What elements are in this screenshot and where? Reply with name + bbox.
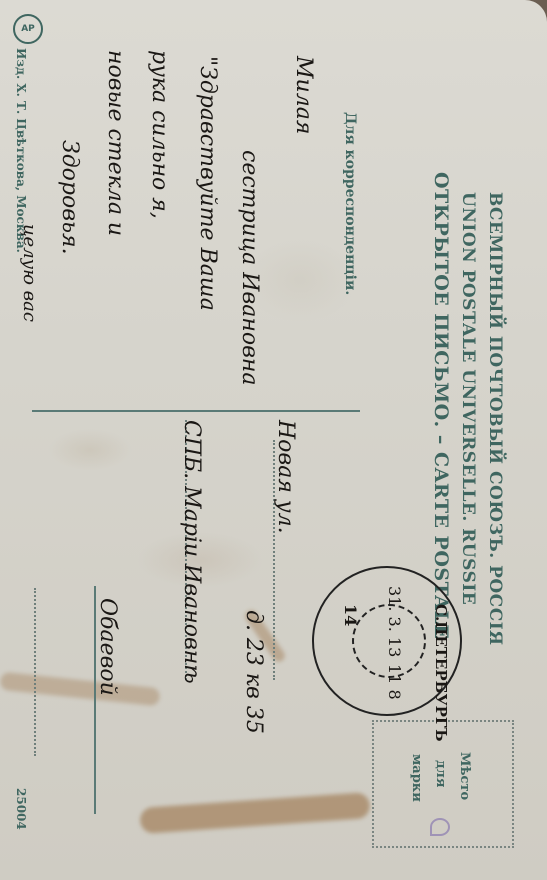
divider-line bbox=[32, 410, 360, 412]
publisher-text: Изд. Х. Т. Цвѣткова, Москва. bbox=[14, 48, 28, 253]
publisher-emblem-icon: АР bbox=[13, 14, 43, 44]
message-line: целую вас bbox=[19, 224, 40, 322]
postmark-time: 11 8 bbox=[385, 664, 404, 700]
address-text: Обаевой bbox=[95, 598, 120, 696]
header-line-1: ВСЕМІРНЫЙ ПОЧТОВЫЙ СОЮЗЪ. РОССІЯ bbox=[485, 192, 505, 646]
address-text: д. 23 кв 35 bbox=[241, 610, 266, 734]
postmark-date: 31. 3. 13 bbox=[385, 586, 404, 657]
message-line: новые стекла и bbox=[103, 50, 128, 236]
message-line: рука сильно я, bbox=[147, 50, 172, 219]
header-line-2: UNION POSTALE UNIVERSELLE. RUSSIE bbox=[458, 192, 478, 605]
address-text: Новая ул. bbox=[273, 420, 298, 534]
postcard: АР ВСЕМІРНЫЙ ПОЧТОВЫЙ СОЮЗЪ. РОССІЯ UNIO… bbox=[0, 0, 547, 880]
message-line: Здоровья. bbox=[57, 140, 82, 255]
postmark-city: С.ПЕТЕРБУРГЪ bbox=[432, 604, 450, 742]
address-text: СПБ. Марiи Ивановнѣ bbox=[179, 420, 204, 684]
violet-mark bbox=[430, 818, 450, 836]
correspondence-label: Для корреспонденціи. bbox=[342, 112, 358, 295]
catalog-number: 25004 bbox=[14, 788, 28, 830]
postmark-extra: 14 bbox=[341, 604, 360, 626]
stamp-box-line-1: Мѣсто bbox=[457, 752, 472, 800]
message-line: Милая bbox=[291, 56, 316, 134]
message-line: "Здравствуйте Ваша bbox=[195, 56, 220, 311]
header-line-3: ОТКРЫТОЕ ПИСЬМО. – CARTE POSTALE bbox=[430, 172, 452, 639]
message-line: сестрица Ивановна bbox=[237, 150, 262, 386]
stamp-box-line-2: для bbox=[433, 760, 448, 787]
address-line bbox=[34, 588, 36, 756]
stamp-box-line-3: марки bbox=[409, 754, 424, 802]
